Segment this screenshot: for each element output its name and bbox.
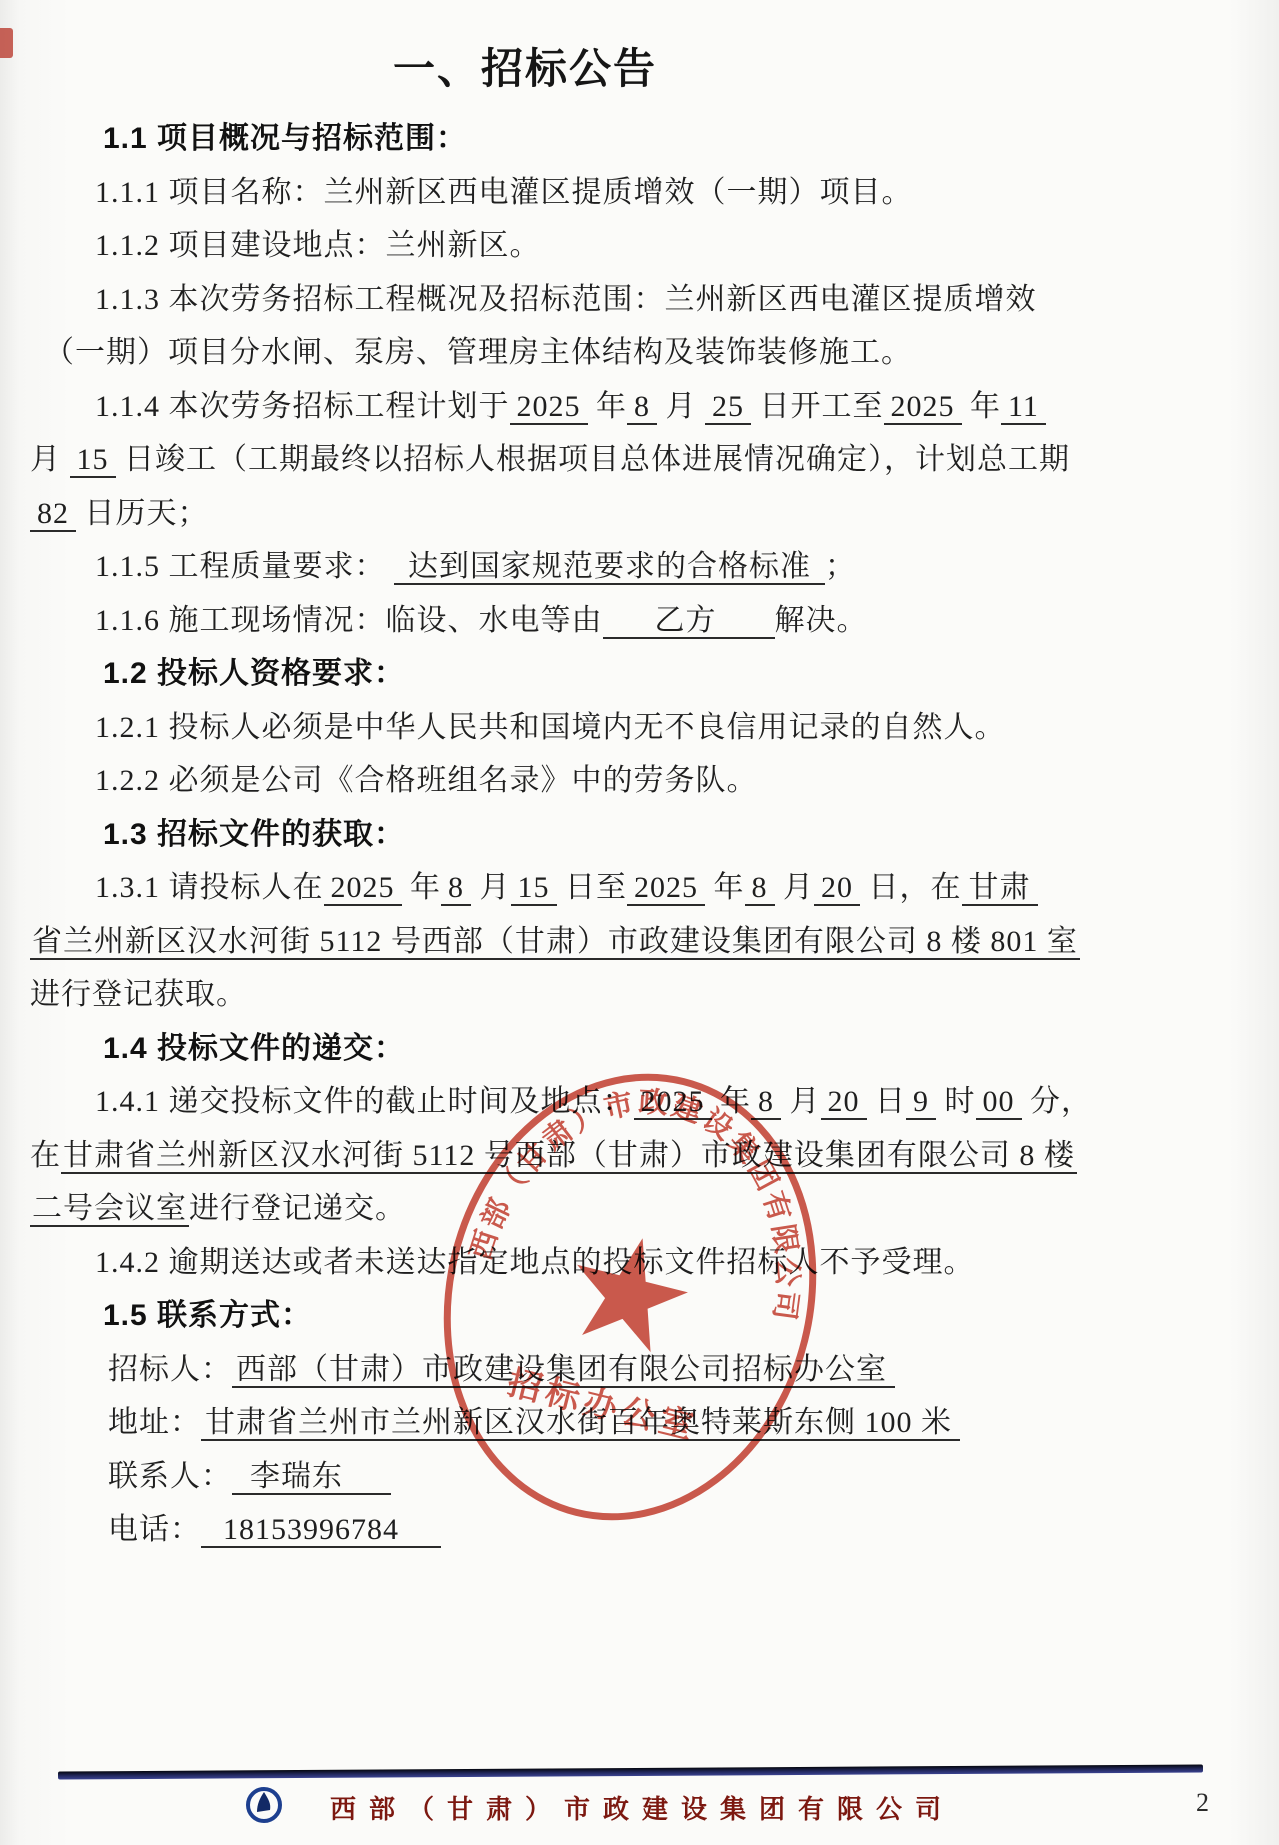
underlined-text: 李瑞东: [232, 1460, 391, 1495]
document-title: 一、招标公告: [30, 36, 1020, 96]
text-segment: 进行登记获取。: [30, 978, 247, 1011]
text-segment: 日开工至: [751, 390, 884, 423]
line-1-1-6: 1.1.6 施工现场情况：临设、水电等由乙方解决。: [30, 594, 1050, 648]
underlined-text: 2025: [634, 1085, 712, 1120]
text-segment: 1.4.2 逾期送达或者未送达指定地点的投标文件招标人不予受理。: [95, 1246, 975, 1279]
text-segment: 1.1.6 施工现场情况：临设、水电等由: [95, 604, 603, 637]
text-segment: 1.1.1 项目名称：兰州新区西电灌区提质增效（一期）项目。: [95, 176, 913, 209]
underlined-text: 9: [906, 1085, 936, 1120]
line-contact-person: 联系人：李瑞东: [30, 1450, 1050, 1504]
text-segment: 1.1.5 工程质量要求：: [95, 550, 394, 583]
line-1-1-4: 1.1.4 本次劳务招标工程计划于2025 年8 月 25 日开工至2025 年…: [30, 380, 1050, 434]
text-segment: 日竣工（工期最终以招标人根据项目总体进展情况确定），计划总工期: [116, 443, 1071, 476]
line-1-1-2: 1.1.2 项目建设地点：兰州新区。: [30, 219, 1050, 273]
company-logo-icon: [243, 1784, 285, 1826]
underlined-text: 82: [30, 497, 76, 532]
text-segment: （一期）项目分水闸、泵房、管理房主体结构及装饰装修施工。: [44, 336, 912, 369]
underlined-text: 甘肃省兰州新区汉水河街 5112 号西部（甘肃）市政建设集团有限公司 8 楼: [61, 1139, 1077, 1174]
underlined-text: 乙方: [603, 604, 775, 639]
line-1-2-1: 1.2.1 投标人必须是中华人民共和国境内无不良信用记录的自然人。: [30, 701, 1050, 755]
underlined-text: 18153996784: [201, 1513, 441, 1548]
line-1-1-1: 1.1.1 项目名称：兰州新区西电灌区提质增效（一期）项目。: [30, 166, 1050, 220]
underlined-text: 20: [821, 1085, 867, 1120]
text-segment: ；: [825, 550, 856, 583]
underlined-text: 2025: [884, 390, 962, 425]
heading-1-5: 1.5 联系方式：: [30, 1289, 1050, 1343]
text-segment: 1.2.2 必须是公司《合格班组名录》中的劳务队。: [95, 764, 758, 797]
line-1-2-2: 1.2.2 必须是公司《合格班组名录》中的劳务队。: [30, 754, 1050, 808]
scanned-document-page: 一、招标公告 1.1 项目概况与招标范围：1.1.1 项目名称：兰州新区西电灌区…: [0, 0, 1279, 1845]
underlined-text: 二号会议室: [30, 1192, 189, 1227]
text-segment: 年: [402, 871, 442, 904]
underlined-text: 8: [441, 871, 471, 906]
text-segment: 年: [712, 1085, 752, 1118]
text-segment: 月: [657, 390, 705, 423]
text-segment: 1.4 投标文件的递交：: [103, 1032, 405, 1065]
underlined-text: 2025: [510, 390, 588, 425]
line-1-1-3: 1.1.3 本次劳务招标工程概况及招标范围：兰州新区西电灌区提质增效: [30, 273, 1050, 327]
underlined-text: 25: [705, 390, 751, 425]
heading-1-1: 1.1 项目概况与招标范围：: [30, 112, 1050, 166]
line-1-1-4-cont1: 月 15 日竣工（工期最终以招标人根据项目总体进展情况确定），计划总工期: [30, 433, 1050, 487]
page-number: 2: [1196, 1788, 1209, 1818]
line-1-3-1-cont2: 进行登记获取。: [30, 968, 1050, 1022]
line-1-4-1: 1.4.1 递交投标文件的截止时间及地点：2025 年8 月20 日9 时00 …: [30, 1075, 1050, 1129]
text-segment: 1.2.1 投标人必须是中华人民共和国境内无不良信用记录的自然人。: [95, 711, 1006, 744]
text-segment: 进行登记递交。: [189, 1192, 406, 1225]
underlined-text: 8: [745, 871, 775, 906]
underlined-text: 8: [627, 390, 657, 425]
underlined-text: 00: [976, 1085, 1022, 1120]
text-segment: 日，在: [860, 871, 962, 904]
text-segment: 1.5 联系方式：: [103, 1299, 312, 1332]
text-segment: 解决。: [775, 604, 868, 637]
text-segment: 1.3 招标文件的获取：: [103, 818, 405, 851]
line-1-3-1: 1.3.1 请投标人在2025 年8 月15 日至2025 年8 月20 日，在…: [30, 861, 1050, 915]
line-1-3-1-cont1: 省兰州新区汉水河街 5112 号西部（甘肃）市政建设集团有限公司 8 楼 801…: [30, 915, 1050, 969]
text-segment: 日至: [557, 871, 628, 904]
text-segment: 1.1.3 本次劳务招标工程概况及招标范围：兰州新区西电灌区提质增效: [95, 283, 1037, 316]
underlined-text: 15: [511, 871, 557, 906]
line-1-4-1-cont2: 二号会议室进行登记递交。: [30, 1182, 1050, 1236]
underlined-text: 西部（甘肃）市政建设集团有限公司招标办公室: [232, 1353, 895, 1388]
underlined-text: 达到国家规范要求的合格标准: [394, 550, 825, 585]
text-segment: 联系人：: [108, 1460, 232, 1493]
text-segment: 1.1.2 项目建设地点：兰州新区。: [95, 229, 541, 262]
text-segment: 年: [705, 871, 745, 904]
underlined-text: 甘肃: [962, 871, 1038, 906]
line-address: 地址：甘肃省兰州市兰州新区汉水街百年奥特莱斯东侧 100 米: [30, 1396, 1050, 1450]
text-segment: 在: [30, 1139, 61, 1172]
line-phone: 电话：18153996784: [30, 1503, 1050, 1557]
text-segment: 地址：: [108, 1406, 201, 1439]
text-segment: 电话：: [108, 1513, 201, 1546]
underlined-text: 省兰州新区汉水河街 5112 号西部（甘肃）市政建设集团有限公司 8 楼 801…: [30, 925, 1080, 960]
line-1-4-2: 1.4.2 逾期送达或者未送达指定地点的投标文件招标人不予受理。: [30, 1236, 1050, 1290]
text-segment: 1.1 项目概况与招标范围：: [103, 122, 467, 155]
text-segment: 日历天；: [76, 497, 209, 530]
text-segment: 年: [588, 390, 628, 423]
line-1-1-4-cont2: 82 日历天；: [30, 487, 1050, 541]
underlined-text: 2025: [324, 871, 402, 906]
heading-1-2: 1.2 投标人资格要求：: [30, 647, 1050, 701]
underlined-text: 甘肃省兰州市兰州新区汉水街百年奥特莱斯东侧 100 米: [201, 1406, 960, 1441]
text-segment: 1.3.1 请投标人在: [95, 871, 324, 904]
red-edge-mark: [0, 28, 13, 58]
line-1-1-3-cont: （一期）项目分水闸、泵房、管理房主体结构及装饰装修施工。: [30, 326, 1050, 380]
heading-1-3: 1.3 招标文件的获取：: [30, 808, 1050, 862]
text-segment: 月: [781, 1085, 821, 1118]
line-bidder: 招标人：西部（甘肃）市政建设集团有限公司招标办公室: [30, 1343, 1050, 1397]
text-segment: 月: [30, 443, 70, 476]
text-segment: 1.4.1 递交投标文件的截止时间及地点：: [95, 1085, 634, 1118]
text-segment: 分，: [1022, 1085, 1093, 1118]
text-segment: 月: [775, 871, 815, 904]
line-1-1-5: 1.1.5 工程质量要求： 达到国家规范要求的合格标准；: [30, 540, 1050, 594]
underlined-text: 15: [70, 443, 116, 478]
line-1-4-1-cont1: 在甘肃省兰州新区汉水河街 5112 号西部（甘肃）市政建设集团有限公司 8 楼: [30, 1129, 1050, 1183]
document-body: 1.1 项目概况与招标范围：1.1.1 项目名称：兰州新区西电灌区提质增效（一期…: [30, 112, 1050, 1557]
underlined-text: 8: [751, 1085, 781, 1120]
text-segment: 1.2 投标人资格要求：: [103, 657, 405, 690]
text-segment: 日: [867, 1085, 907, 1118]
underlined-text: 20: [814, 871, 860, 906]
underlined-text: 2025: [627, 871, 705, 906]
text-segment: 月: [471, 871, 511, 904]
text-segment: 时: [936, 1085, 976, 1118]
underlined-text: 11: [1001, 390, 1046, 425]
text-segment: 1.1.4 本次劳务招标工程计划于: [95, 390, 510, 423]
heading-1-4: 1.4 投标文件的递交：: [30, 1022, 1050, 1076]
footer-company-name: 西部（甘肃）市政建设集团有限公司: [330, 1789, 954, 1826]
footer-rule: [58, 1765, 1203, 1780]
text-segment: 年: [962, 390, 1002, 423]
text-segment: 招标人：: [108, 1353, 232, 1386]
